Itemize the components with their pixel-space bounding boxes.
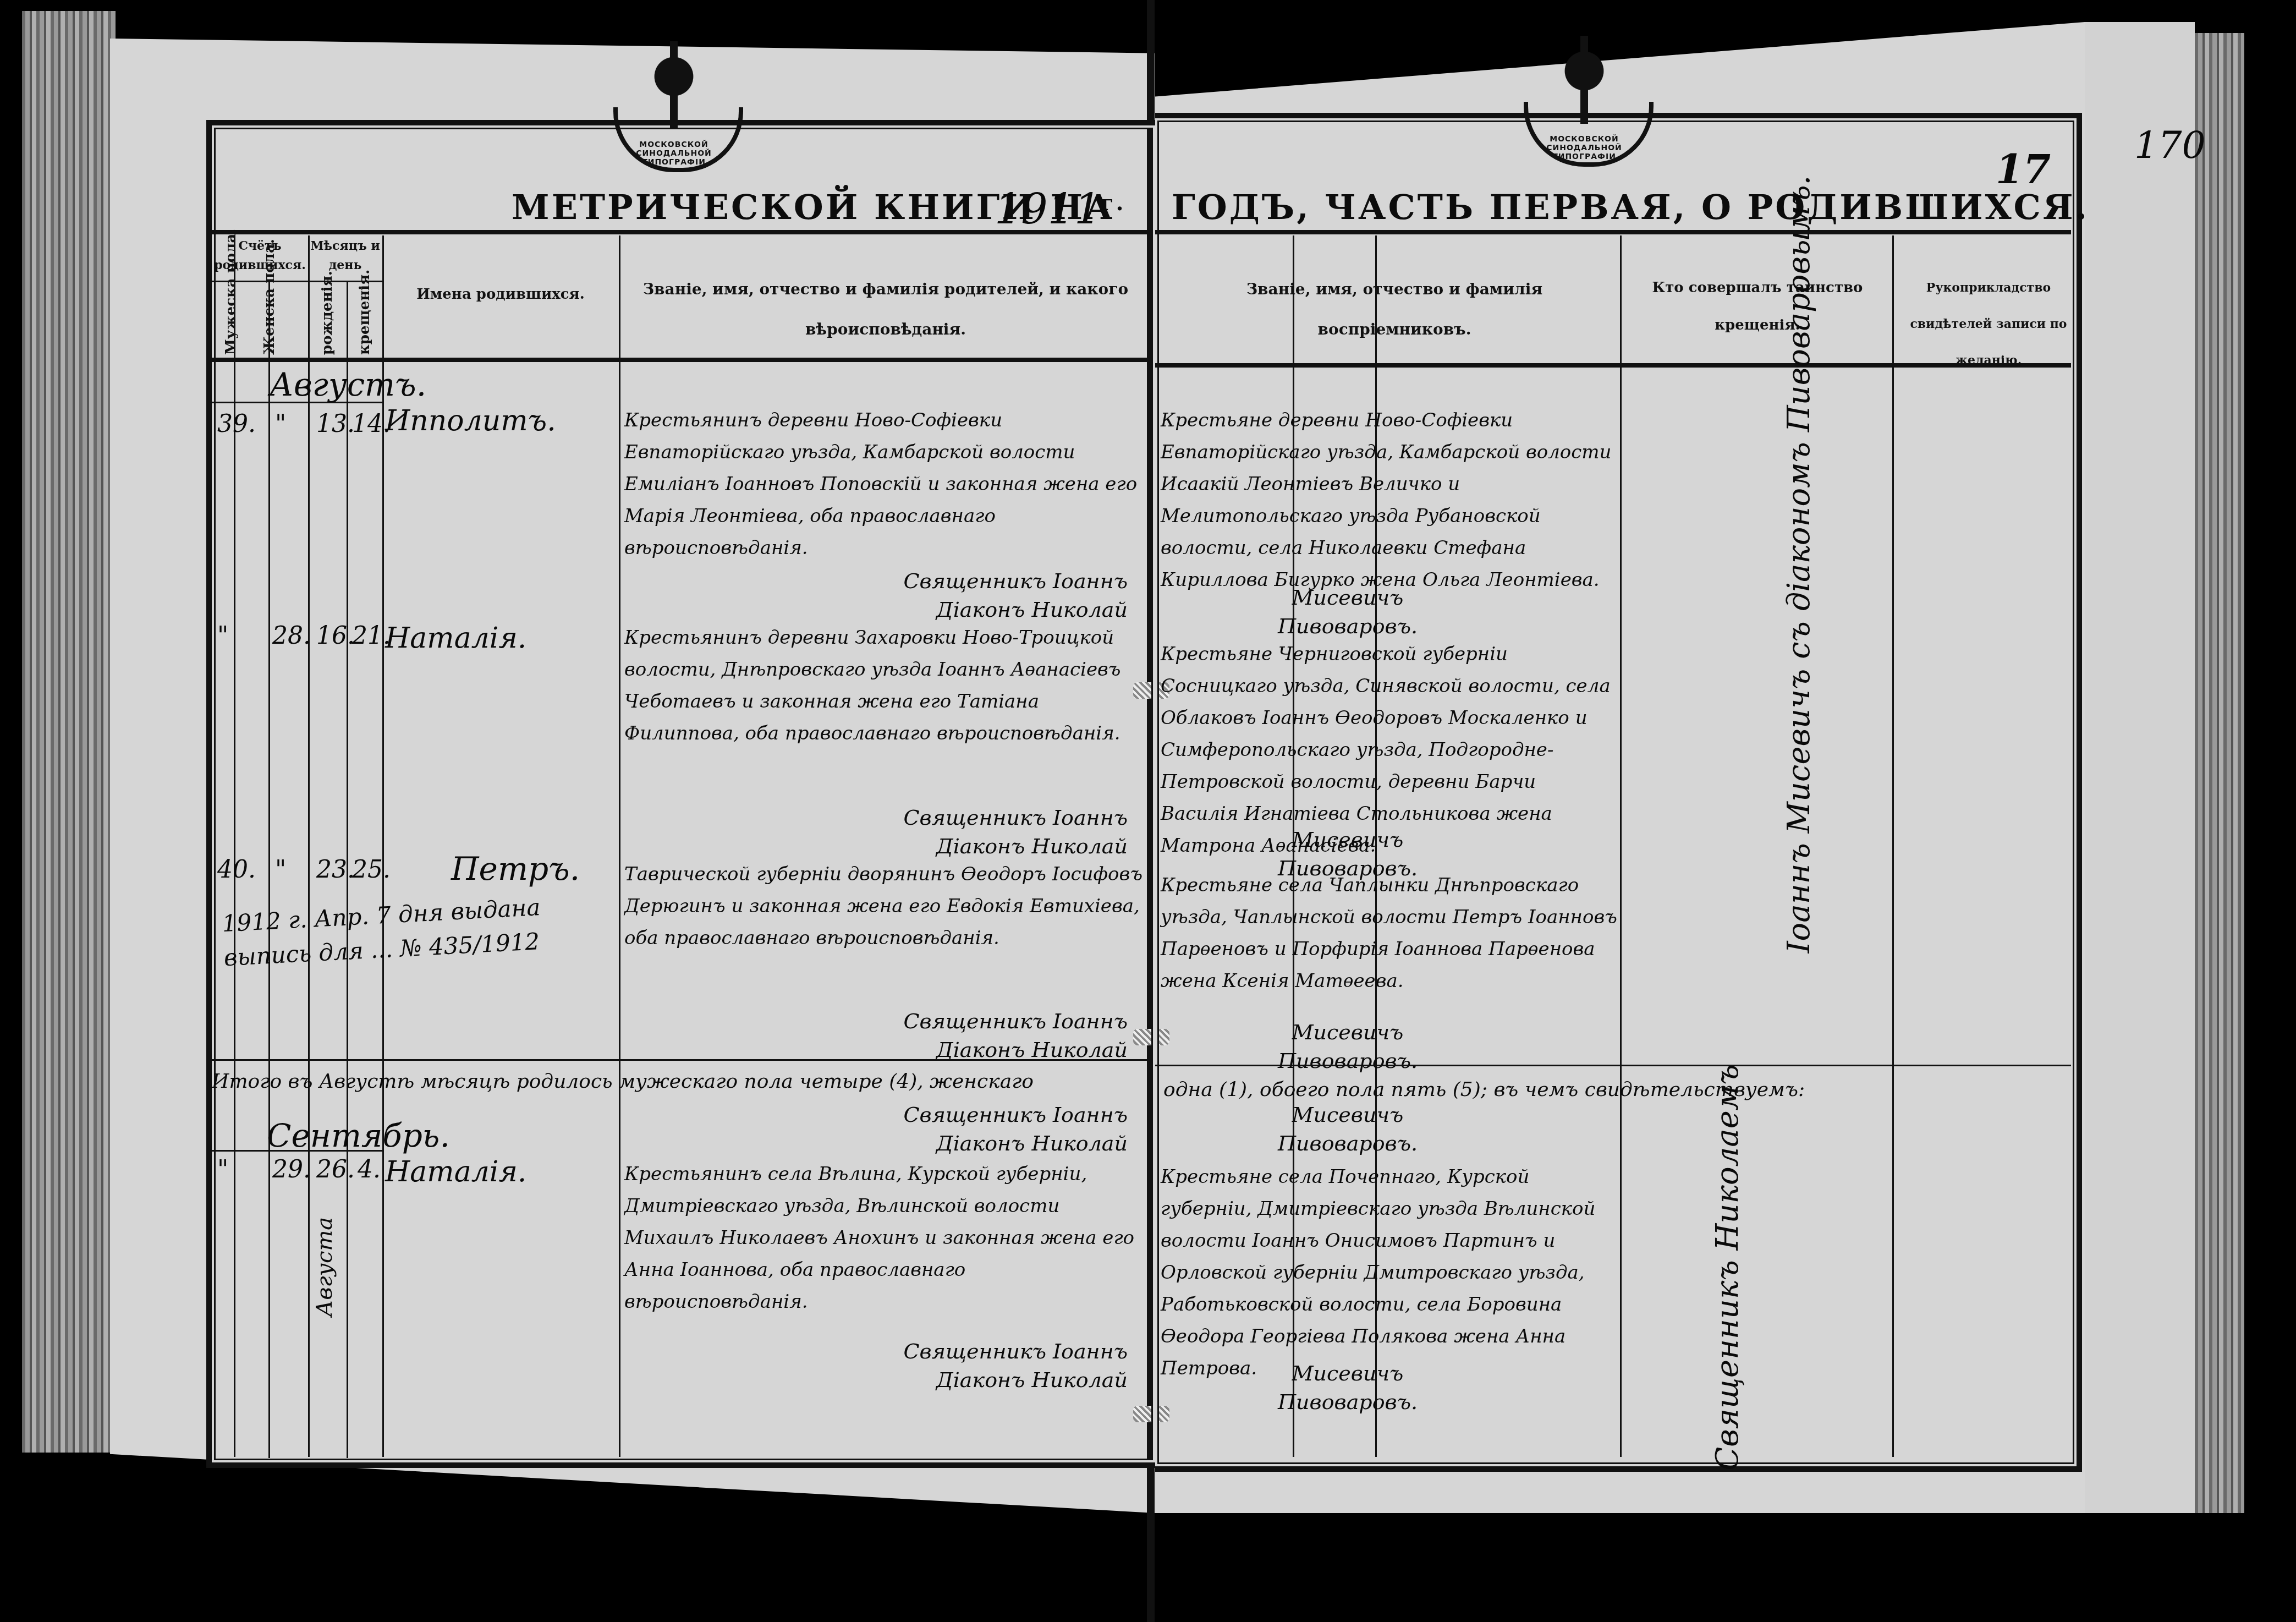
- entry-clergy-signature: Священникъ ІоаннъДіаконъ Николай: [770, 1007, 1128, 1064]
- col-header-female: Женска пола.: [261, 283, 278, 355]
- year-handwritten: 1911: [995, 184, 1101, 233]
- entry-godparents: Крестьяне села Почепнаго, Курской губерн…: [1161, 1161, 1617, 1384]
- monthly-summary-right: одна (1), обоего пола пять (5); въ чемъ …: [1163, 1078, 1805, 1101]
- col-header-parents: Званіе, имя, отчество и фамилія родителе…: [624, 270, 1147, 350]
- entry-child-name: Ипполитъ.: [385, 404, 556, 437]
- header-bottom-rule: [212, 358, 1150, 362]
- entry-clergy-signature: Священникъ ІоаннъДіаконъ Николай: [770, 803, 1128, 861]
- entry-child-name: Наталія.: [385, 622, 526, 655]
- page-number: 17: [1996, 146, 2051, 193]
- entry-parents: Таврической губерніи дворянинъ Ѳеодоръ І…: [624, 858, 1144, 954]
- col-divider: [308, 235, 310, 1457]
- summary-clergy-signature: Священникъ ІоаннъДіаконъ Николай: [770, 1100, 1128, 1158]
- header-rule: [212, 230, 1150, 234]
- entry-witness-signature: МисевичъПивоваровъ.: [1210, 1018, 1485, 1075]
- entry-godparents: Крестьяне села Чаплынки Днѣпровскаго уѣз…: [1161, 869, 1617, 997]
- row-rule: [212, 1059, 1150, 1061]
- entry-baptism-day: 4.: [358, 1155, 381, 1183]
- entry-birth-day: 16.: [316, 622, 355, 650]
- left-page-edges: [22, 11, 116, 1453]
- imperial-eagle-emblem-icon: МОСКОВСКОЙ СИНОДАЛЬНОЙ ТИПОГРАФІИ: [613, 41, 734, 168]
- entry-male-no: 39.: [217, 410, 256, 438]
- entry-female-no: 29.: [272, 1155, 311, 1183]
- entry-male-no: ": [217, 1155, 228, 1183]
- col-divider: [1892, 235, 1894, 1457]
- entry-female-no: ": [275, 410, 286, 438]
- month-rule: [212, 402, 382, 403]
- entry-birth-day: 13.: [316, 410, 355, 438]
- entry-child-name: Петръ.: [451, 850, 580, 887]
- entry-birth-day: 26.: [316, 1155, 355, 1183]
- entry-child-name: Наталія.: [385, 1155, 526, 1188]
- col-header-names: Имена родившихся.: [385, 283, 616, 306]
- entry-godparents: Крестьяне деревни Ново-Софіевки Евпаторі…: [1161, 404, 1617, 596]
- col-header-male: Мужеска пола.: [223, 283, 239, 355]
- entry-baptism-day: 25.: [352, 856, 391, 884]
- col-header-baptism: крещенія.: [356, 283, 373, 355]
- folio-number: 170: [2134, 124, 2206, 167]
- entry-parents: Крестьянинъ деревни Захаровки Ново-Троиц…: [624, 622, 1144, 749]
- entry-witness-signature: МисевичъПивоваровъ.: [1210, 583, 1485, 640]
- header-rule: [1155, 230, 2071, 234]
- col-header-godparents: Званіе, имя, отчество и фамилія воспріем…: [1177, 270, 1612, 350]
- entry-male-no: 40.: [217, 856, 256, 884]
- month-rule: [212, 1150, 382, 1152]
- entry-birth-month-note: Августа: [312, 1207, 337, 1317]
- entry-parents: Крестьянинъ села Вѣлина, Курской губерні…: [624, 1158, 1144, 1318]
- summary-witness-signature: МисевичъПивоваровъ.: [1210, 1100, 1485, 1158]
- entry-witness-signature: МисевичъПивоваровъ.: [1210, 1359, 1485, 1416]
- row-rule: [1155, 1065, 2071, 1066]
- entry-male-no: ": [217, 622, 228, 650]
- month-label-august: Августъ.: [270, 366, 426, 403]
- year-suffix: г.: [1100, 190, 1125, 216]
- entry-female-no: 28.: [272, 622, 311, 650]
- col-divider: [268, 281, 270, 1458]
- col-divider: [1620, 235, 1622, 1457]
- col-header-officiant: Кто совершалъ таинство крещенія.: [1625, 270, 1889, 344]
- officiant-text: Священникъ Николаемъ: [1710, 1086, 1745, 1471]
- officiant-text: Іоаннъ Мисевичъ съ діакономъ Пивоваровым…: [1781, 348, 1817, 954]
- col-header-witnesses: Рукоприкладство свидѣтелей записи по жел…: [1898, 270, 2079, 379]
- month-label-september: Сентябрь.: [267, 1117, 450, 1154]
- entry-female-no: ": [275, 856, 286, 884]
- monthly-summary-left: Итого въ Августѣ мѣсяцѣ родилось мужеска…: [212, 1070, 1034, 1093]
- right-page-edges: [2195, 33, 2244, 1513]
- entry-birth-day: 23.: [316, 856, 355, 884]
- right-margin: [2085, 22, 2195, 1513]
- title-right: ГОДЪ, ЧАСТЬ ПЕРВАЯ, О РОДИВШИХСЯ.: [1172, 187, 2089, 227]
- entry-parents: Крестьянинъ деревни Ново-Софіевки Евпато…: [624, 404, 1144, 564]
- col-header-birth: рожденія.: [319, 283, 336, 355]
- entry-clergy-signature: Священникъ ІоаннъДіаконъ Николай: [770, 567, 1128, 624]
- col-divider: [619, 235, 620, 1457]
- imperial-eagle-emblem-icon: МОСКОВСКОЙ СИНОДАЛЬНОЙ ТИПОГРАФІИ: [1524, 36, 1645, 162]
- entry-clergy-signature: Священникъ ІоаннъДіаконъ Николай: [770, 1337, 1128, 1394]
